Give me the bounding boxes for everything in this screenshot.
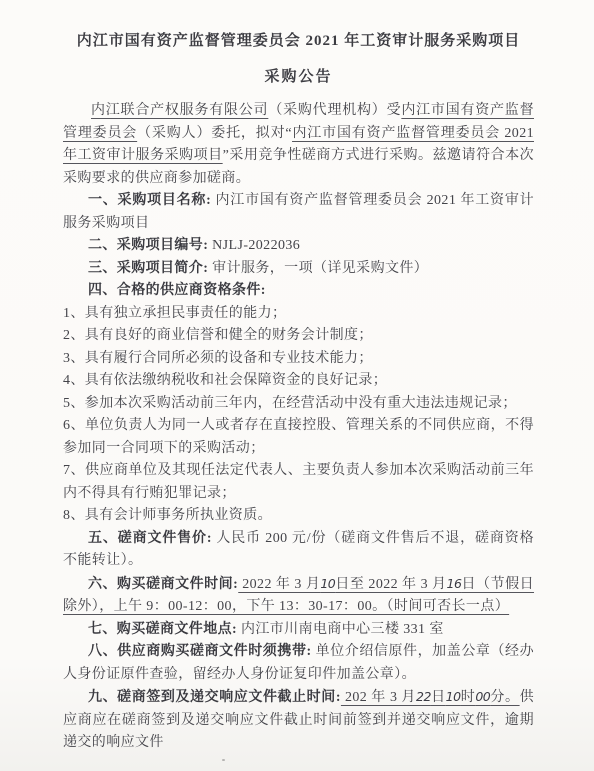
section-text: NJLJ-2022036 [208,238,300,253]
qualification-item: 3、具有履行合同所必须的设备和专业技术能力； [63,348,534,371]
section-9-deadline: 九、磋商签到及递交响应文件截止时间: 202 年 3 月22日10时00分。供应… [63,686,534,755]
section-text: 审计服务，一项（详见采购文件） [208,261,428,276]
qualification-item: 6、单位负责人为同一人或者存在直接控股、管理关系的不同供应商，不得参加同一合同项… [63,415,534,460]
agency-name: 内江联合产权服务有限公司 [91,103,268,118]
qualification-item: 1、具有独立承担民事责任的能力； [63,303,534,326]
handwritten-end-day: 16 [447,576,462,591]
section-label: 三、采购项目简介: [88,261,208,276]
handwritten-deadline-minute: 00 [475,689,490,704]
handwritten-start-day: 10 [320,576,335,591]
section-label: 一、采购项目名称: [88,193,211,208]
scan-artifact-dot [222,759,225,761]
time-text: 日至 2022 年 3 月 [335,577,446,592]
section-5-document-price: 五、磋商文件售价: 人民币 200 元/份（磋商文件售后不退，磋商资格不能转让）… [63,528,534,573]
time-text: 2022 年 3 月 [238,577,320,592]
section-6-purchase-time: 六、购买磋商文件时间: 2022 年 3 月10日至 2022 年 3 月16日… [63,573,534,619]
document-page: 内江市国有资产监督管理委员会 2021 年工资审计服务采购项目 采购公告 内江联… [0,0,594,771]
qualification-item: 5、参加本次采购活动前三年内，在经营活动中没有重大违法违规记录； [63,393,534,416]
qualification-item: 7、供应商单位及其现任法定代表人、主要负责人参加本次采购活动前三年内不得具有行贿… [63,460,534,505]
qualification-item: 8、具有会计师事务所执业资质。 [63,505,534,528]
doc-title: 内江市国有资产监督管理委员会 2021 年工资审计服务采购项目 [63,30,534,52]
qualification-list: 1、具有独立承担民事责任的能力； 2、具有良好的商业信誉和健全的财务会计制度； … [63,303,534,528]
section-4-qualifications-header: 四、合格的供应商资格条件: [63,280,534,303]
intro-text: （采购人）委托，拟对“ [137,126,292,141]
section-label: 六、购买磋商文件时间: [88,577,238,592]
intro-paragraph: 内江联合产权服务有限公司（采购代理机构）受内江市国有资产监督管理委员会（采购人）… [63,100,534,190]
section-label: 五、磋商文件售价: [88,531,212,546]
section-label: 七、购买磋商文件地点: [88,622,237,637]
section-label: 八、供应商购买磋商文件时须携带: [88,644,312,659]
section-7-purchase-location: 七、购买磋商文件地点: 内江市川南电商中心三楼 331 室 [63,619,534,642]
section-2-project-number: 二、采购项目编号: NJLJ-2022036 [63,235,534,258]
handwritten-deadline-day: 22 [416,689,431,704]
deadline-text: 日 [431,690,446,705]
deadline-underlined: 202 年 3 月22日10时00分。 [341,690,520,705]
intro-text: （采购代理机构）受 [268,103,401,118]
deadline-text: 202 年 3 月 [341,690,416,705]
section-label: 二、采购项目编号: [88,238,208,253]
handwritten-deadline-hour: 10 [446,689,461,704]
section-3-project-brief: 三、采购项目简介: 审计服务，一项（详见采购文件） [63,258,534,281]
doc-subtitle: 采购公告 [63,66,534,88]
section-1-project-name: 一、采购项目名称: 内江市国有资产监督管理委员会 2021 年工资审计服务采购项… [63,190,534,235]
deadline-text: 时 [461,690,476,705]
section-8-required-documents: 八、供应商购买磋商文件时须携带: 单位介绍信原件，加盖公章（经办人身份证原件查验… [63,641,534,686]
section-label: 四、合格的供应商资格条件: [88,283,266,298]
qualification-item: 4、具有依法缴纳税收和社会保障资金的良好记录； [63,370,534,393]
section-text: 内江市川南电商中心三楼 331 室 [237,622,444,637]
deadline-text: 分。 [490,690,519,705]
section-label: 九、磋商签到及递交响应文件截止时间: [88,690,341,705]
qualification-item: 2、具有良好的商业信誉和健全的财务会计制度； [63,325,534,348]
